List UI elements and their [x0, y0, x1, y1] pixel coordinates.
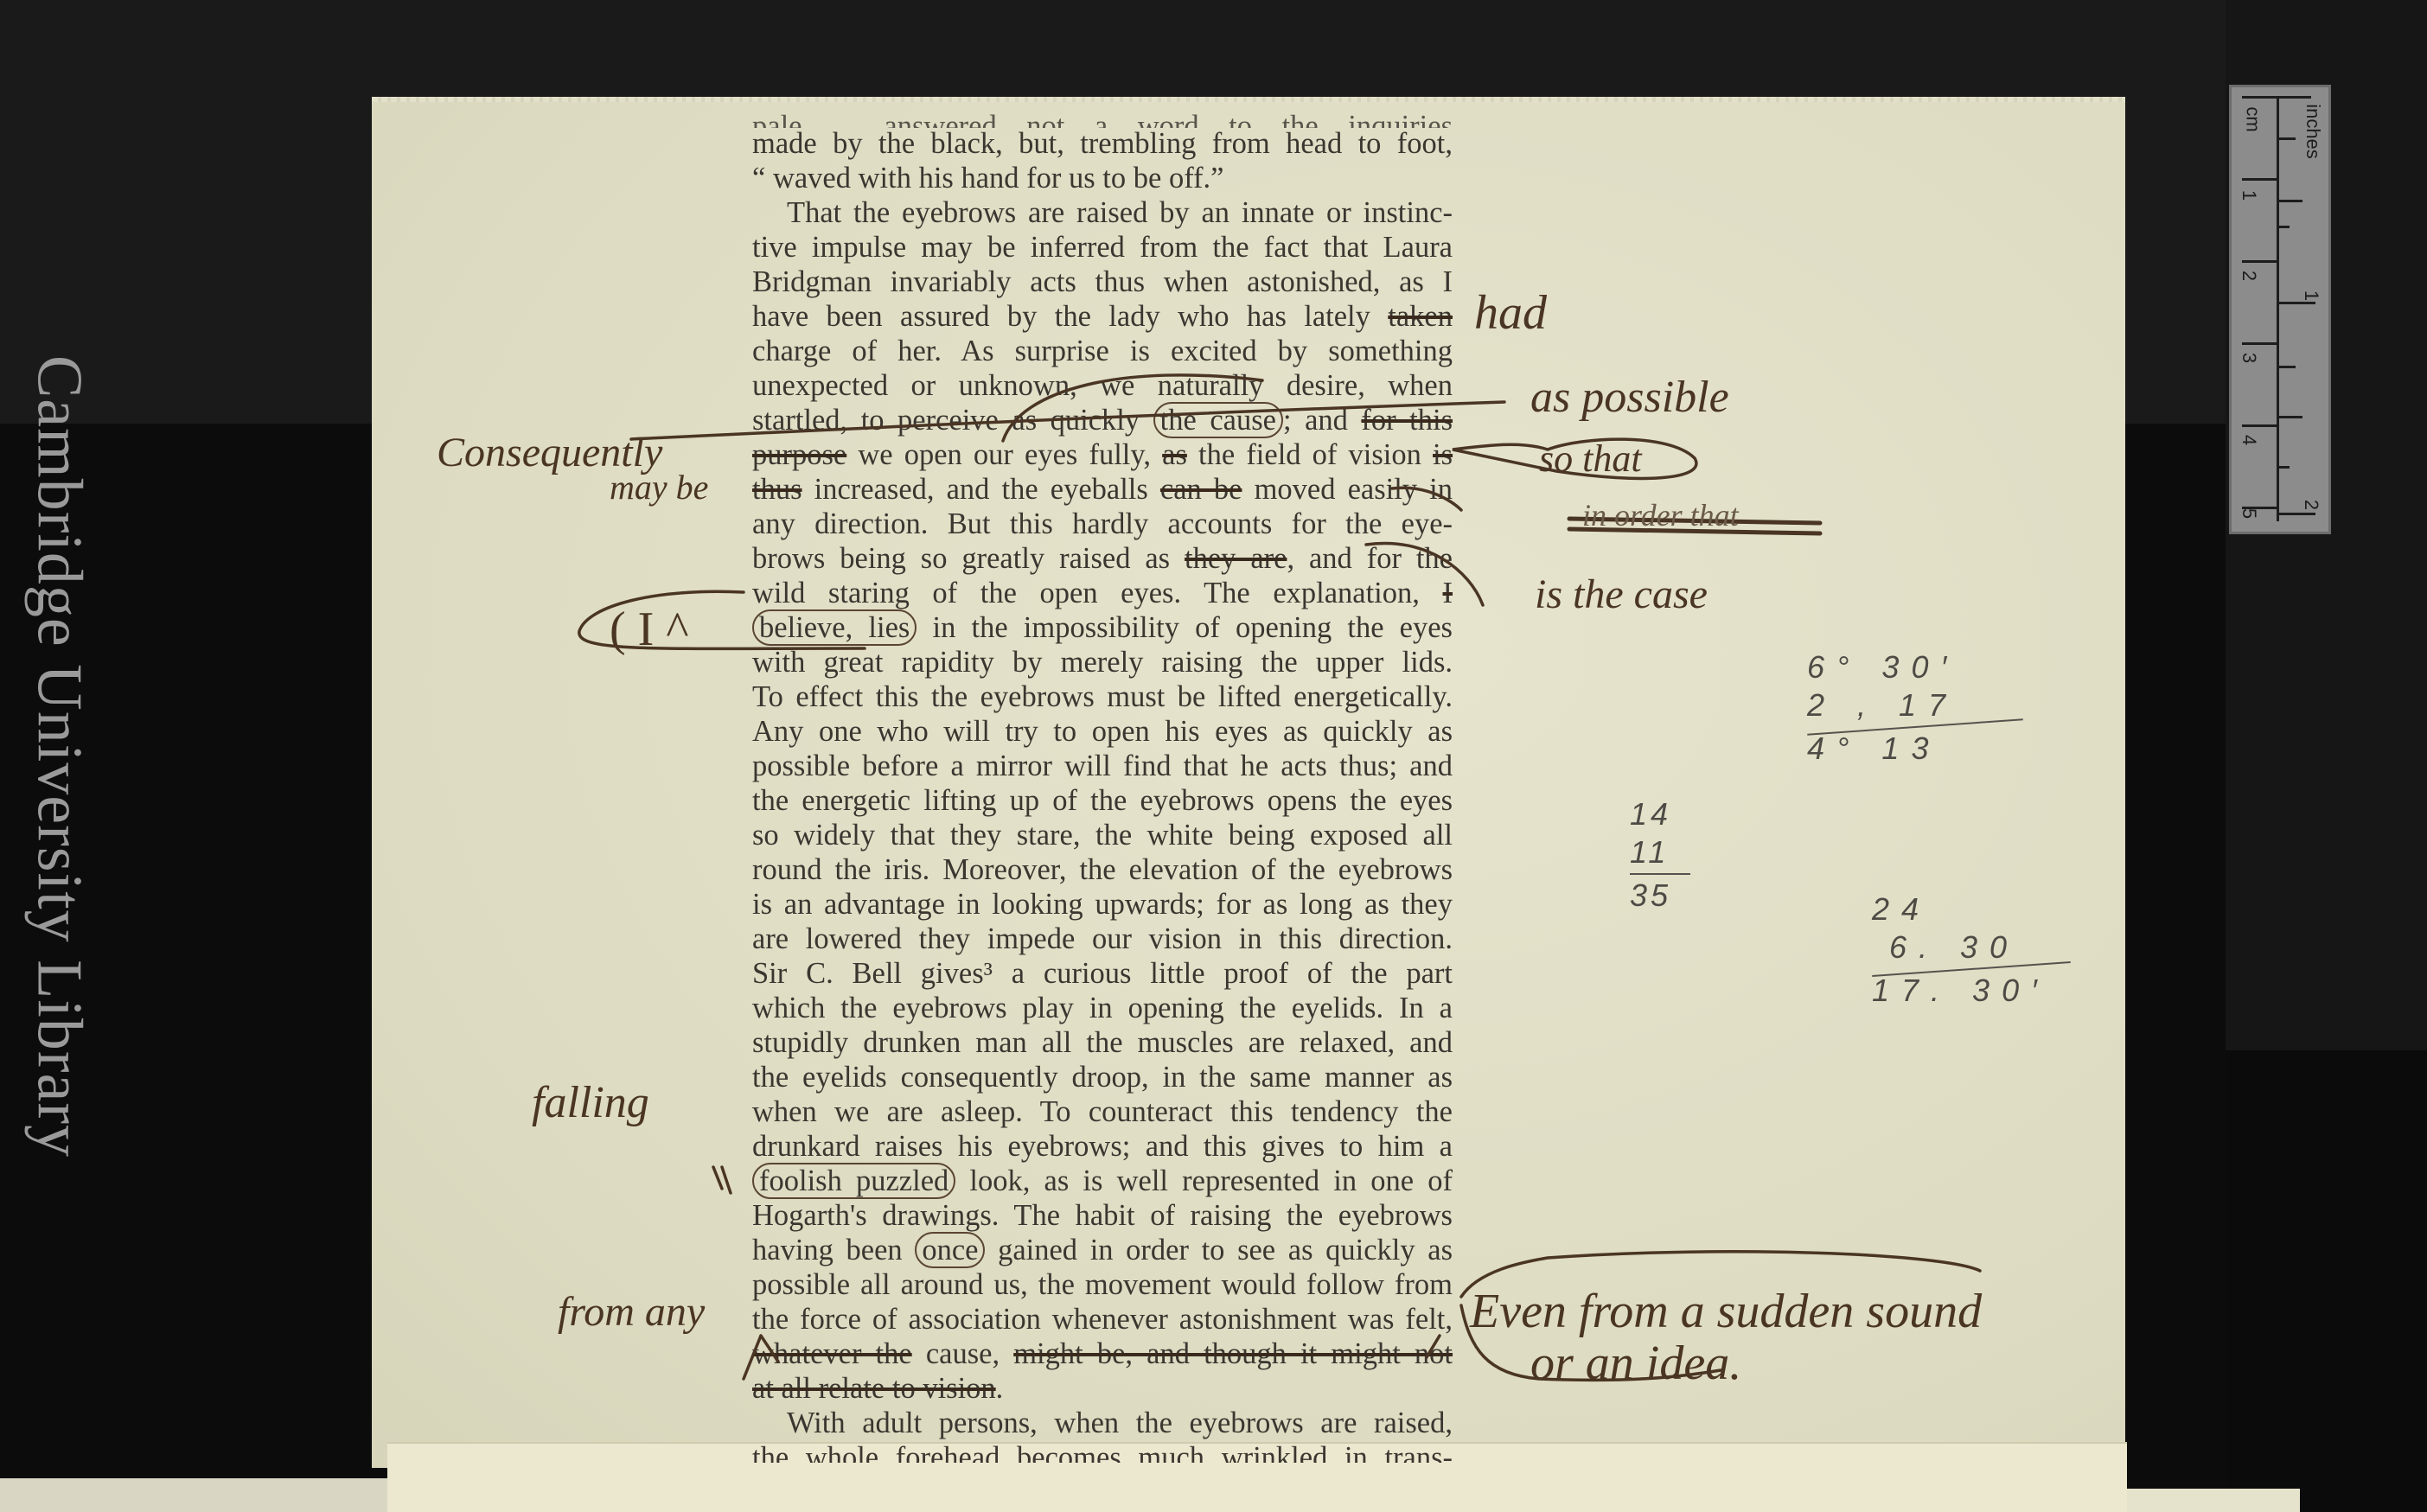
text-line: having been once gained in order to see … [752, 1233, 1453, 1267]
text-segment: wild staring of the open eyes. The expla… [752, 577, 1420, 609]
calc-result: 17. 30′ [1872, 972, 2071, 1010]
note-so-that: so that [1539, 437, 1642, 481]
text-segment: cause, [926, 1337, 1000, 1370]
text-line: the force of association whenever astoni… [752, 1302, 1453, 1337]
calc-row: 11 [1630, 833, 1690, 871]
text-line: tive impulse may be inferred from the fa… [752, 230, 1453, 265]
struck-text: they are [1185, 542, 1287, 575]
calc-row: 6. 30 [1872, 928, 2071, 967]
text-segment: look, as is well represented in one of [969, 1164, 1453, 1197]
struck-text: taken [1388, 300, 1453, 333]
ruler-cm-label: 5 [2238, 508, 2260, 519]
ruler-tick [2277, 416, 2302, 418]
ruler-tick [2242, 96, 2311, 99]
text-line: is an advantage in looking upwards; for … [752, 887, 1453, 922]
text-line: purpose we open our eyes fully, as the f… [752, 437, 1453, 472]
text-segment: ; and [1283, 404, 1348, 437]
ruler-tick [2277, 137, 2296, 140]
circled-text: believe, lies [752, 609, 917, 646]
text-segment: the field of vision [1198, 438, 1421, 471]
circled-text: foolish puzzled [752, 1163, 955, 1199]
text-segment: brows being so greatly raised as [752, 542, 1170, 575]
note-even-from: Even from a sudden sound [1470, 1284, 1982, 1339]
text-segment: gained in order to see as quickly as [985, 1234, 1453, 1266]
ruler-unit-cm: cm [2242, 106, 2264, 131]
text-line: charge of her. As surprise is excited by… [752, 334, 1453, 368]
ruler-cm-label: 3 [2238, 353, 2260, 363]
calc-result: 4° 13 [1807, 730, 2023, 768]
text-line: at all relate to vision. [752, 1371, 1453, 1406]
text-line: whatever the cause, might be, and though… [752, 1337, 1453, 1371]
circled-text: the cause [1153, 402, 1283, 438]
circled-text: once [915, 1232, 985, 1268]
ruler-tick [2277, 466, 2290, 469]
text-line: so widely that they stare, the white bei… [752, 818, 1453, 852]
struck-text: whatever the [752, 1337, 912, 1370]
ruler-tick [2277, 200, 2302, 202]
ruler-cm-label: 4 [2238, 435, 2260, 445]
text-segment: . [996, 1372, 1004, 1405]
text-segment: we open our eyes fully, [858, 438, 1151, 471]
struck-text: purpose [752, 438, 846, 471]
note-is-the-case: is the case [1535, 571, 1708, 618]
note-struck: in order that [1582, 497, 1739, 533]
struck-text: is [1433, 438, 1453, 471]
struck-text: thus [752, 473, 802, 506]
text-line: To effect this the eyebrows must be lift… [752, 679, 1453, 714]
text-line: round the iris. Moreover, the elevation … [752, 852, 1453, 887]
ruler-unit-inches: inches [2302, 104, 2324, 159]
text-line: Any one who will try to open his eyes as… [752, 714, 1453, 749]
calc-row: 24 [1872, 890, 2071, 928]
text-line: wild staring of the open eyes. The expla… [752, 576, 1453, 610]
note-from-any: from any [558, 1288, 705, 1336]
library-watermark: Cambridge University Library [24, 311, 93, 1202]
text-line: “ waved with his hand for us to be off.” [752, 161, 1453, 195]
ruler-tick [2242, 342, 2277, 345]
text-segment: have been assured by the lady who has la… [752, 300, 1370, 333]
note-had: had [1474, 285, 1547, 341]
note-as-possible: as possible [1530, 372, 1729, 423]
scale-ruler: inches cm 1 2 3 4 5 1 2 [2229, 85, 2331, 534]
ruler-tick [2277, 513, 2315, 515]
watermark-text: Cambridge University Library [22, 355, 96, 1158]
scan-backdrop-right-lower [2226, 1050, 2427, 1512]
text-segment: having been [752, 1234, 915, 1266]
text-line: the whole forehead becomes much wrinkled… [752, 1440, 1453, 1463]
calc-row: 14 [1630, 795, 1690, 833]
text-line: unexpected or unknown, we naturally desi… [752, 368, 1453, 403]
text-segment: in the impossibility of opening the eyes [932, 611, 1453, 644]
text-line: brows being so greatly raised as they ar… [752, 541, 1453, 576]
text-line: That the eyebrows are raised by an innat… [752, 195, 1453, 230]
ruler-cm-label: 2 [2238, 271, 2260, 281]
text-line: the energetic lifting up of the eyebrows… [752, 783, 1453, 818]
struck-text: can be [1160, 473, 1242, 506]
note-falling: falling [532, 1077, 649, 1128]
text-line: are lowered they impede our vision in th… [752, 922, 1453, 956]
ruler-tick [2242, 260, 2277, 263]
text-segment: , and for the [1287, 542, 1453, 575]
text-line: which the eyebrows play in opening the e… [752, 991, 1453, 1025]
text-segment: moved easily in [1255, 473, 1453, 506]
struck-text: as [1162, 438, 1187, 471]
note-or-an-idea: or an idea. [1530, 1336, 1741, 1391]
text-line: stupidly drunken man all the muscles are… [752, 1025, 1453, 1060]
text-line: when we are asleep. To counteract this t… [752, 1094, 1453, 1129]
text-line: Bridgman invariably acts thus when aston… [752, 265, 1453, 299]
text-line: have been assured by the lady who has la… [752, 299, 1453, 334]
ruler-tick [2242, 424, 2277, 427]
text-line: any direction. But this hardly accounts … [752, 507, 1453, 541]
calc-rule [1630, 873, 1690, 875]
pencil-calculation-3: 24 6. 30 17. 30′ [1872, 890, 2071, 1010]
struck-text: for this [1361, 404, 1453, 437]
text-line: pale ... answered not a word to the inqu… [752, 109, 1453, 128]
calc-result: 35 [1630, 877, 1690, 915]
struck-text: at all relate to vision [752, 1372, 996, 1405]
text-segment: increased, and the eyeballs [814, 473, 1148, 506]
ruler-spine [2277, 98, 2279, 521]
calc-row: 2 , 17 [1807, 686, 2023, 724]
text-line: Sir C. Bell gives³ a curious little proo… [752, 956, 1453, 991]
pencil-calculation-2: 14 11 35 [1630, 795, 1690, 915]
pencil-calculation-1: 6° 30′ 2 , 17 4° 13 [1807, 648, 2023, 768]
text-line: with great rapidity by merely raising th… [752, 645, 1453, 679]
struck-text: might be, and though it might not [1013, 1337, 1453, 1370]
text-line: possible before a mirror will find that … [752, 749, 1453, 783]
calc-row: 6° 30′ [1807, 648, 2023, 686]
struck-text: I [1443, 577, 1453, 609]
text-line: believe, lies in the impossibility of op… [752, 610, 1453, 645]
text-line: startled, to perceive as quickly the cau… [752, 403, 1453, 437]
text-line: thus increased, and the eyeballs can be … [752, 472, 1453, 507]
ruler-inch-label: 2 [2300, 500, 2322, 510]
ruler-tick [2277, 226, 2290, 228]
text-segment: startled, to perceive as quickly [752, 404, 1153, 437]
ruler-inch-label: 1 [2300, 290, 2322, 301]
ruler-cm-label: 1 [2238, 190, 2260, 201]
note-i-think: ( I ^ [610, 602, 689, 657]
text-line: made by the black, but, trembling from h… [752, 126, 1453, 161]
note-may-be: may be [610, 467, 708, 507]
ruler-tick [2277, 302, 2315, 304]
ruler-tick [2242, 178, 2277, 181]
text-line: drunkard raises his eyebrows; and this g… [752, 1129, 1453, 1164]
text-line: With adult persons, when the eyebrows ar… [752, 1406, 1453, 1440]
text-line: foolish puzzled look, as is well represe… [752, 1164, 1453, 1198]
text-line: possible all around us, the movement wou… [752, 1267, 1453, 1302]
text-line: the eyelids consequently droop, in the s… [752, 1060, 1453, 1094]
ruler-tick [2277, 366, 2296, 368]
text-line: Hogarth's drawings. The habit of raising… [752, 1198, 1453, 1233]
